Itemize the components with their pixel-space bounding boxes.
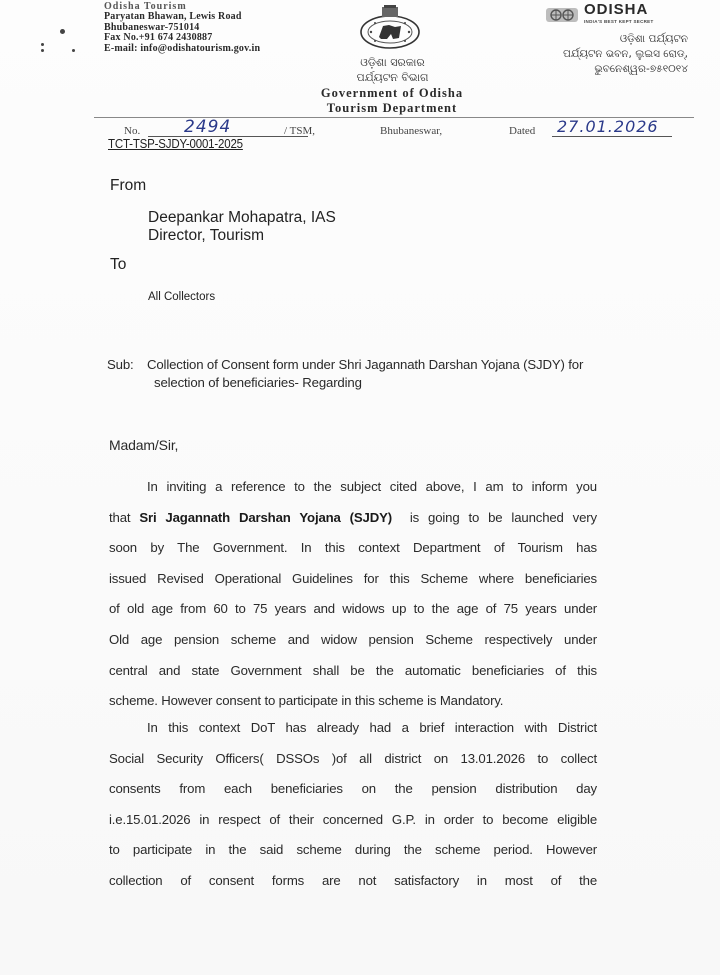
- subject-line-2: selection of beneficiaries- Regarding: [107, 374, 617, 392]
- sender-name: Deepankar Mohapatra, IAS: [148, 209, 336, 227]
- to-label: To: [110, 256, 126, 274]
- paragraph-line: Social Security Officers( DSSOs )of all …: [109, 744, 597, 775]
- government-name: Government of Odisha: [292, 86, 492, 101]
- odisha-emblem-icon: [359, 4, 421, 50]
- wheel-logo-icon: [546, 6, 578, 24]
- subject-line-1: Collection of Consent form under Shri Ja…: [147, 357, 583, 372]
- paragraph-line: consents from each beneficiaries on the …: [109, 774, 597, 805]
- brand-tagline: INDIA'S BEST KEPT SECRET: [584, 19, 654, 24]
- government-heading: Government of Odisha Tourism Department: [292, 86, 492, 116]
- line-suffix: is going to be launched very: [410, 510, 597, 525]
- letter-number-label: No.: [124, 125, 140, 137]
- letter-number-value: 2494: [184, 117, 231, 137]
- paragraph-line: collection of consent forms are not sati…: [109, 866, 597, 897]
- margin-speck: [41, 49, 44, 52]
- odia-government-heading: ଓଡ଼ିଶା ସରକାର ପର୍ଯ୍ୟଟନ ବିଭାଗ: [335, 55, 450, 85]
- paragraph-1: In inviting a reference to the subject c…: [109, 472, 597, 717]
- recipient: All Collectors: [148, 291, 215, 303]
- date-underline: [552, 136, 672, 137]
- sender-designation: Director, Tourism: [148, 227, 336, 245]
- subject-label: Sub:: [107, 356, 147, 374]
- odia-address-line: ଓଡ଼ିଶା ପର୍ଯ୍ୟଟନ: [530, 32, 688, 47]
- city-label: Bhubaneswar,: [380, 125, 442, 137]
- paragraph-line: to participate in the said scheme during…: [109, 835, 597, 866]
- brand-name: ODISHA: [584, 2, 648, 18]
- from-label: From: [110, 177, 146, 195]
- margin-speck: [72, 49, 75, 52]
- paragraph-line: i.e.15.01.2026 in respect of their conce…: [109, 805, 597, 836]
- tsm-label: / TSM,: [284, 125, 315, 137]
- paragraph-line: of old age from 60 to 75 years and widow…: [109, 594, 597, 625]
- margin-speck: [41, 43, 44, 46]
- paragraph-line: In inviting a reference to the subject c…: [109, 472, 597, 503]
- letter-page: Odisha Tourism Paryatan Bhawan, Lewis Ro…: [0, 0, 720, 975]
- odia-address-line: ପର୍ଯ୍ୟଟନ ଭବନ, ଲୁଇସ ରୋଡ୍,: [530, 47, 688, 62]
- paragraph-line: soon by The Government. In this context …: [109, 533, 597, 564]
- sender-block: Deepankar Mohapatra, IAS Director, Touri…: [148, 209, 336, 245]
- date-value: 27.01.2026: [557, 117, 659, 136]
- email-address: E-mail: info@odishatourism.gov.in: [104, 44, 260, 54]
- salutation: Madam/Sir,: [109, 437, 178, 453]
- scheme-name: Sri Jagannath Darshan Yojana (SJDY): [139, 510, 392, 525]
- odia-gov-line: ଓଡ଼ିଶା ସରକାର: [335, 55, 450, 70]
- odia-address-line: ଭୁବନେଶ୍ୱର-୭୫୧୦୧୪: [530, 62, 688, 77]
- department-name: Tourism Department: [292, 101, 492, 116]
- odia-address-block: ଓଡ଼ିଶା ପର୍ଯ୍ୟଟନ ପର୍ଯ୍ୟଟନ ଭବନ, ଲୁଇସ ରୋଡ୍,…: [530, 32, 688, 77]
- letterhead-address: Odisha Tourism Paryatan Bhawan, Lewis Ro…: [104, 2, 260, 54]
- line-prefix: that: [109, 510, 130, 525]
- paragraph-line: In this context DoT has already had a br…: [109, 713, 597, 744]
- margin-speck: [60, 29, 65, 34]
- odia-dept-line: ପର୍ଯ୍ୟଟନ ବିଭାଗ: [335, 70, 450, 85]
- paragraph-line: issued Revised Operational Guidelines fo…: [109, 564, 597, 595]
- subject-block: Sub:Collection of Consent form under Shr…: [107, 356, 617, 392]
- paragraph-line: that Sri Jagannath Darshan Yojana (SJDY)…: [109, 503, 597, 534]
- paragraph-2: In this context DoT has already had a br…: [109, 713, 597, 897]
- paragraph-line: Old age pension scheme and widow pension…: [109, 625, 597, 656]
- file-reference: TCT-TSP-SJDY-0001-2025: [108, 137, 243, 151]
- paragraph-line: central and state Government shall be th…: [109, 656, 597, 687]
- dated-label: Dated: [509, 125, 535, 137]
